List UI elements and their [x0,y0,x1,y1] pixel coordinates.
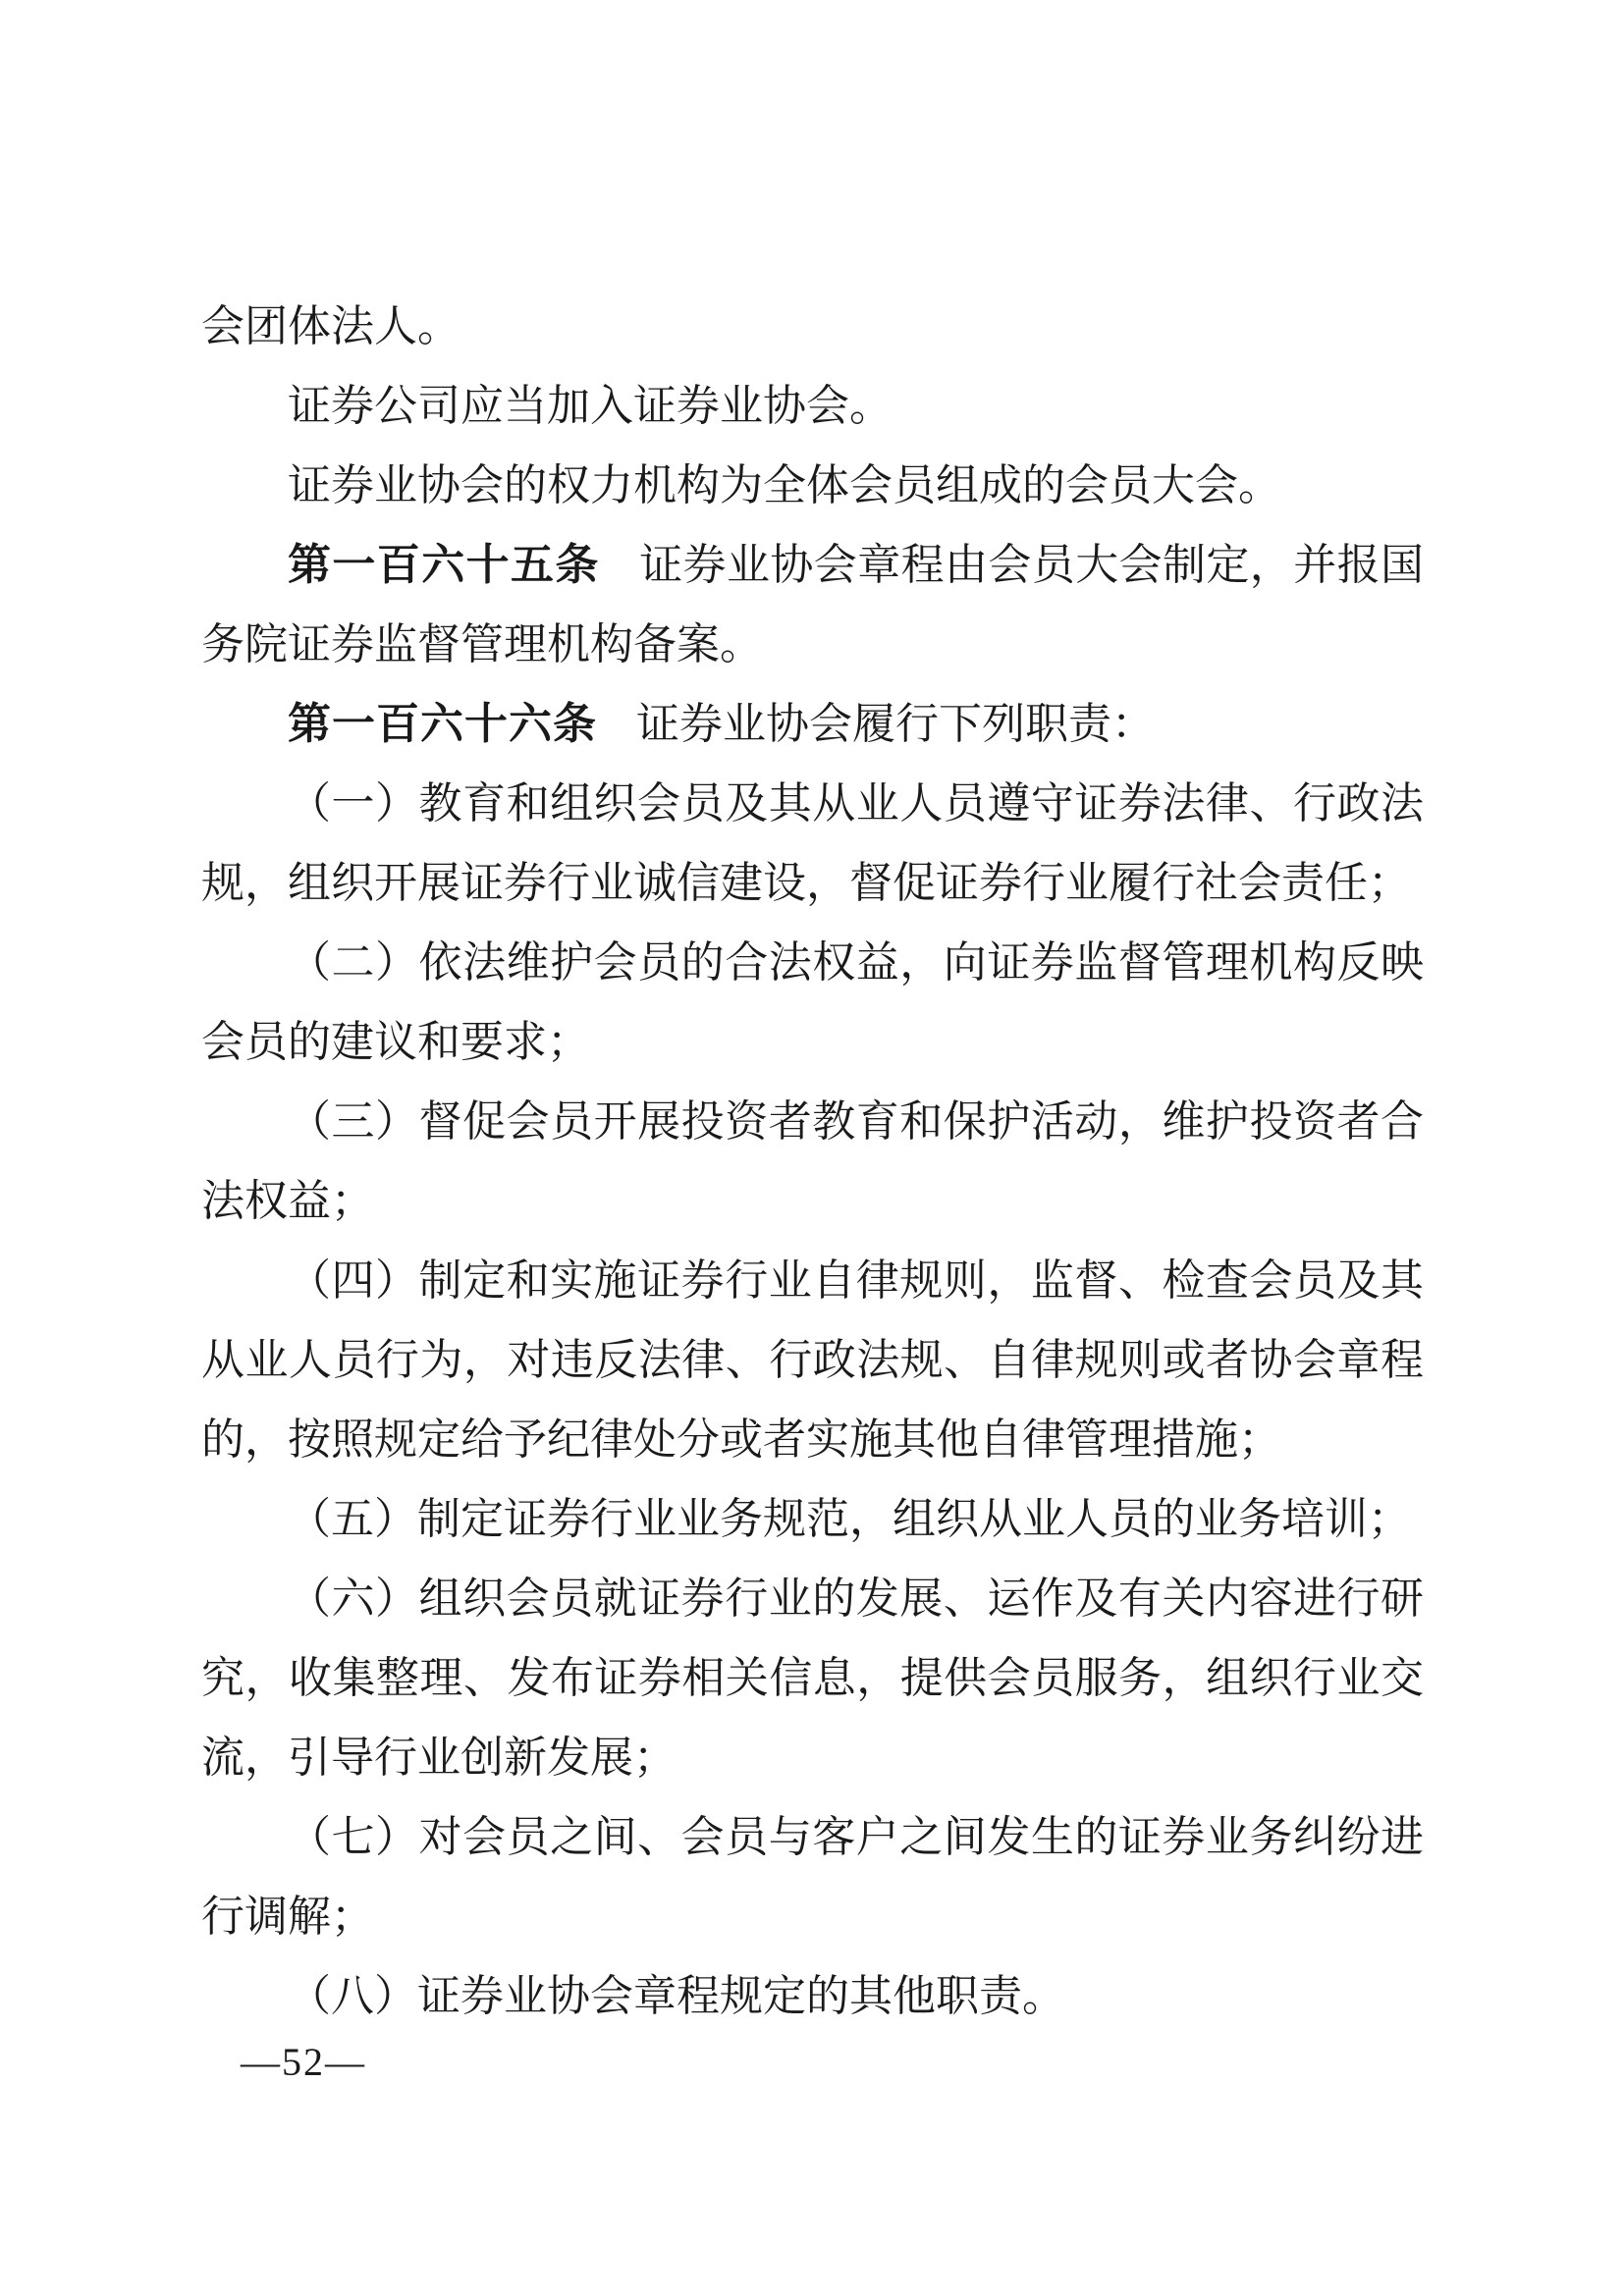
line-text: （一）教育和组织会员及其从业人员遵守证券法律、行政法 [288,779,1424,828]
line-text: （二）依法维护会员的合法权益，向证券监督管理机构反映 [288,938,1424,987]
text-line: （四）制定和实施证券行业自律规则，监督、检查会员及其 [201,1241,1424,1320]
text-line: 规，组织开展证券行业诚信建设，督促证券行业履行社会责任； [201,843,1424,923]
line-text: （四）制定和实施证券行业自律规则，监督、检查会员及其 [288,1256,1424,1305]
page-number: —52— [241,2036,366,2095]
text-line: （六）组织会员就证券行业的发展、运作及有关内容进行研 [201,1559,1424,1638]
text-line: 流，引导行业创新发展； [201,1718,1424,1797]
line-text: （三）督促会员开展投资者教育和保护活动，维护投资者合 [288,1097,1424,1146]
text-line: （三）督促会员开展投资者教育和保护活动，维护投资者合 [201,1082,1424,1161]
text-line: 证券业协会的权力机构为全体会员组成的会员大会。 [201,446,1424,525]
text-line: （二）依法维护会员的合法权益，向证券监督管理机构反映 [201,923,1424,1002]
line-text: 法权益； [201,1177,374,1225]
line-text: 的，按照规定给予纪律处分或者实施其他自律管理措施； [201,1415,1281,1464]
line-text: 会团体法人。 [201,302,460,350]
document-text-block: 会团体法人。 证券公司应当加入证券业协会。 证券业协会的权力机构为全体会员组成的… [201,287,1424,2036]
article-number-165: 第一百六十五条 [288,541,600,589]
line-text: 行调解； [201,1893,374,1941]
line-text: （七）对会员之间、会员与客户之间发生的证券业务纠纷进 [288,1813,1424,1861]
line-text: 会员的建议和要求； [201,1018,590,1066]
line-text: （五）制定证券行业业务规范，组织从业人员的业务培训； [288,1495,1411,1543]
line-text: （八）证券业协会章程规定的其他职责。 [288,1972,1065,2020]
line-text: 证券公司应当加入证券业协会。 [288,382,893,430]
line-text: 从业人员行为，对违反法律、行政法规、自律规则或者协会章程 [201,1336,1424,1384]
text-line: （五）制定证券行业业务规范，组织从业人员的业务培训； [201,1479,1424,1559]
line-text: 证券业协会的权力机构为全体会员组成的会员大会。 [288,461,1281,509]
line-text: 证券业协会章程由会员大会制定，并报国 [639,541,1424,589]
line-text: 务院证券监督管理机构备案。 [201,620,763,668]
text-line: 会员的建议和要求； [201,1002,1424,1082]
line-text: 规，组织开展证券行业诚信建设，督促证券行业履行社会责任； [201,859,1411,907]
line-text: 流，引导行业创新发展； [201,1734,677,1782]
text-line: 证券公司应当加入证券业协会。 [201,366,1424,446]
text-line: 行调解； [201,1877,1424,1956]
text-line: 务院证券监督管理机构备案。 [201,605,1424,684]
text-line: （八）证券业协会章程规定的其他职责。 [201,1956,1424,2036]
text-line: 的，按照规定给予纪律处分或者实施其他自律管理措施； [201,1400,1424,1479]
article-number-166: 第一百六十六条 [288,700,597,748]
line-text: 究，收集整理、发布证券相关信息，提供会员服务，组织行业交 [201,1654,1424,1702]
text-line: （七）对会员之间、会员与客户之间发生的证券业务纠纷进 [201,1797,1424,1877]
text-line: 第一百六十六条证券业协会履行下列职责： [201,684,1424,764]
text-line: 从业人员行为，对违反法律、行政法规、自律规则或者协会章程 [201,1320,1424,1400]
document-page: 会团体法人。 证券公司应当加入证券业协会。 证券业协会的权力机构为全体会员组成的… [0,0,1624,2296]
text-line: （一）教育和组织会员及其从业人员遵守证券法律、行政法 [201,764,1424,843]
text-line: 法权益； [201,1161,1424,1241]
text-line: 会团体法人。 [201,287,1424,366]
text-line: 第一百六十五条证券业协会章程由会员大会制定，并报国 [201,525,1424,605]
text-line: 究，收集整理、发布证券相关信息，提供会员服务，组织行业交 [201,1638,1424,1718]
line-text: （六）组织会员就证券行业的发展、运作及有关内容进行研 [288,1575,1424,1623]
line-text: 证券业协会履行下列职责： [636,700,1155,748]
